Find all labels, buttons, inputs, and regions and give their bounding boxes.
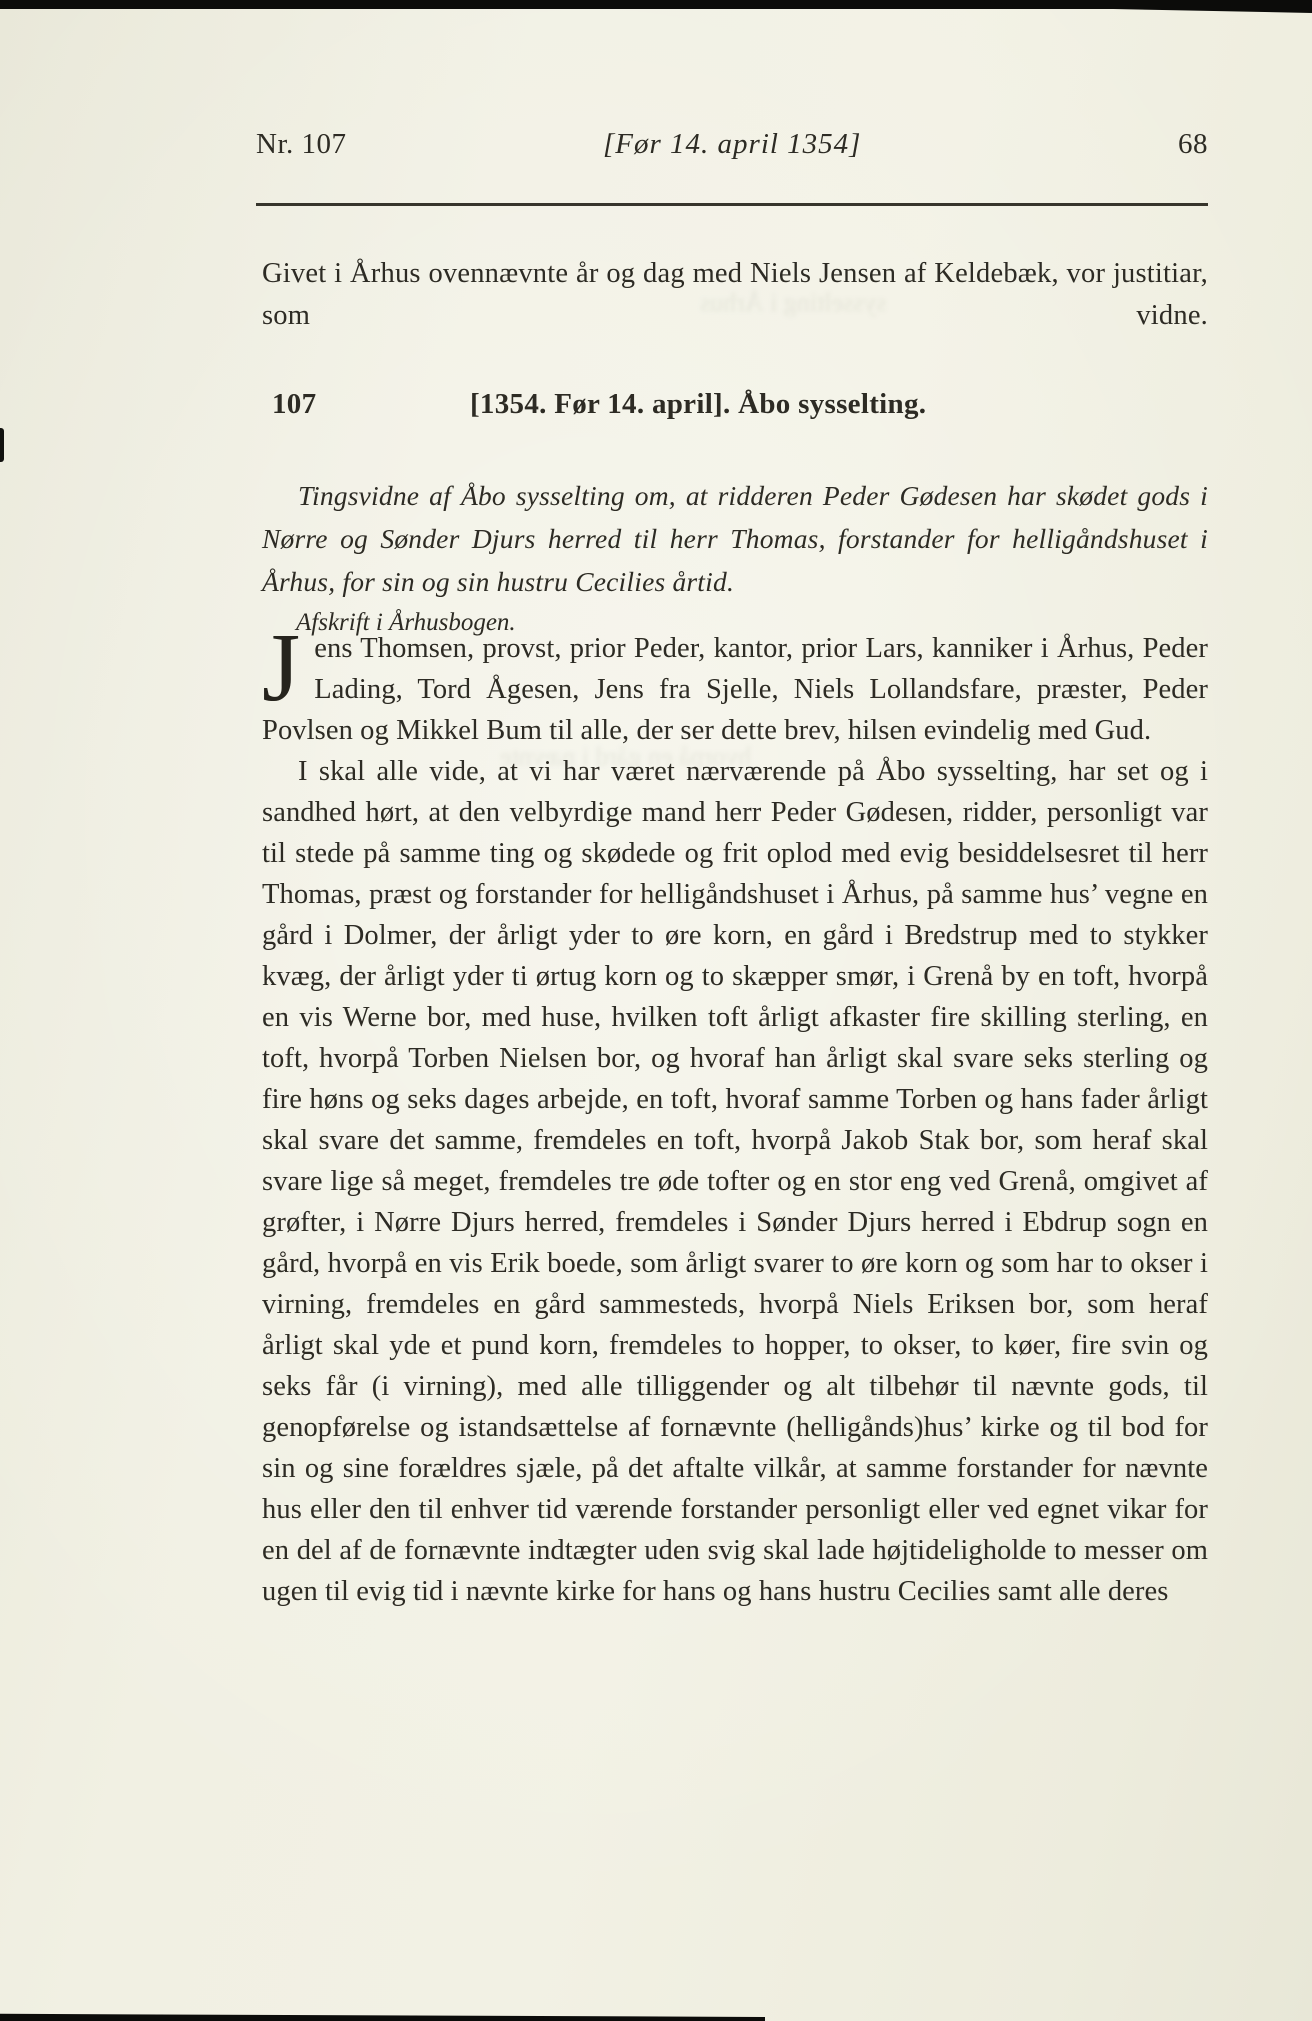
scan-edge-bottom <box>0 2012 765 2021</box>
entry-summary: Tingsvidne af Åbo sysselting om, at ridd… <box>262 474 1208 603</box>
entry-number: 107 <box>272 388 316 421</box>
page-number: 68 <box>1178 128 1208 161</box>
body-paragraph-main: I skal alle vide, at vi har været nærvær… <box>262 751 1208 1612</box>
entry-heading: 107 [1354. Før 14. april]. Åbo sysseltin… <box>272 388 926 421</box>
running-header-entry-number: Nr. 107 <box>256 128 347 161</box>
body-paragraph-salutation: Jens Thomsen, provst, prior Peder, kanto… <box>262 628 1208 751</box>
continuation-paragraph: Givet i Århus ovennævnte år og dag med N… <box>262 253 1208 379</box>
dropcap-letter: J <box>262 628 314 704</box>
body-paragraph-salutation-text: ens Thomsen, provst, prior Peder, kantor… <box>262 633 1208 746</box>
scanned-book-page: Nr. 107 [Før 14. april 1354] 68 Givet i … <box>0 0 1312 2021</box>
entry-title: [1354. Før 14. april]. Åbo sysselting. <box>470 388 926 421</box>
header-rule <box>256 203 1208 206</box>
running-header: Nr. 107 [Før 14. april 1354] 68 <box>256 128 1208 161</box>
scan-edge-top-right <box>982 0 1312 13</box>
entry-body: Jens Thomsen, provst, prior Peder, kanto… <box>262 628 1208 1612</box>
scan-edge-left-mark <box>0 428 4 462</box>
running-header-date: [Før 14. april 1354] <box>603 128 861 161</box>
